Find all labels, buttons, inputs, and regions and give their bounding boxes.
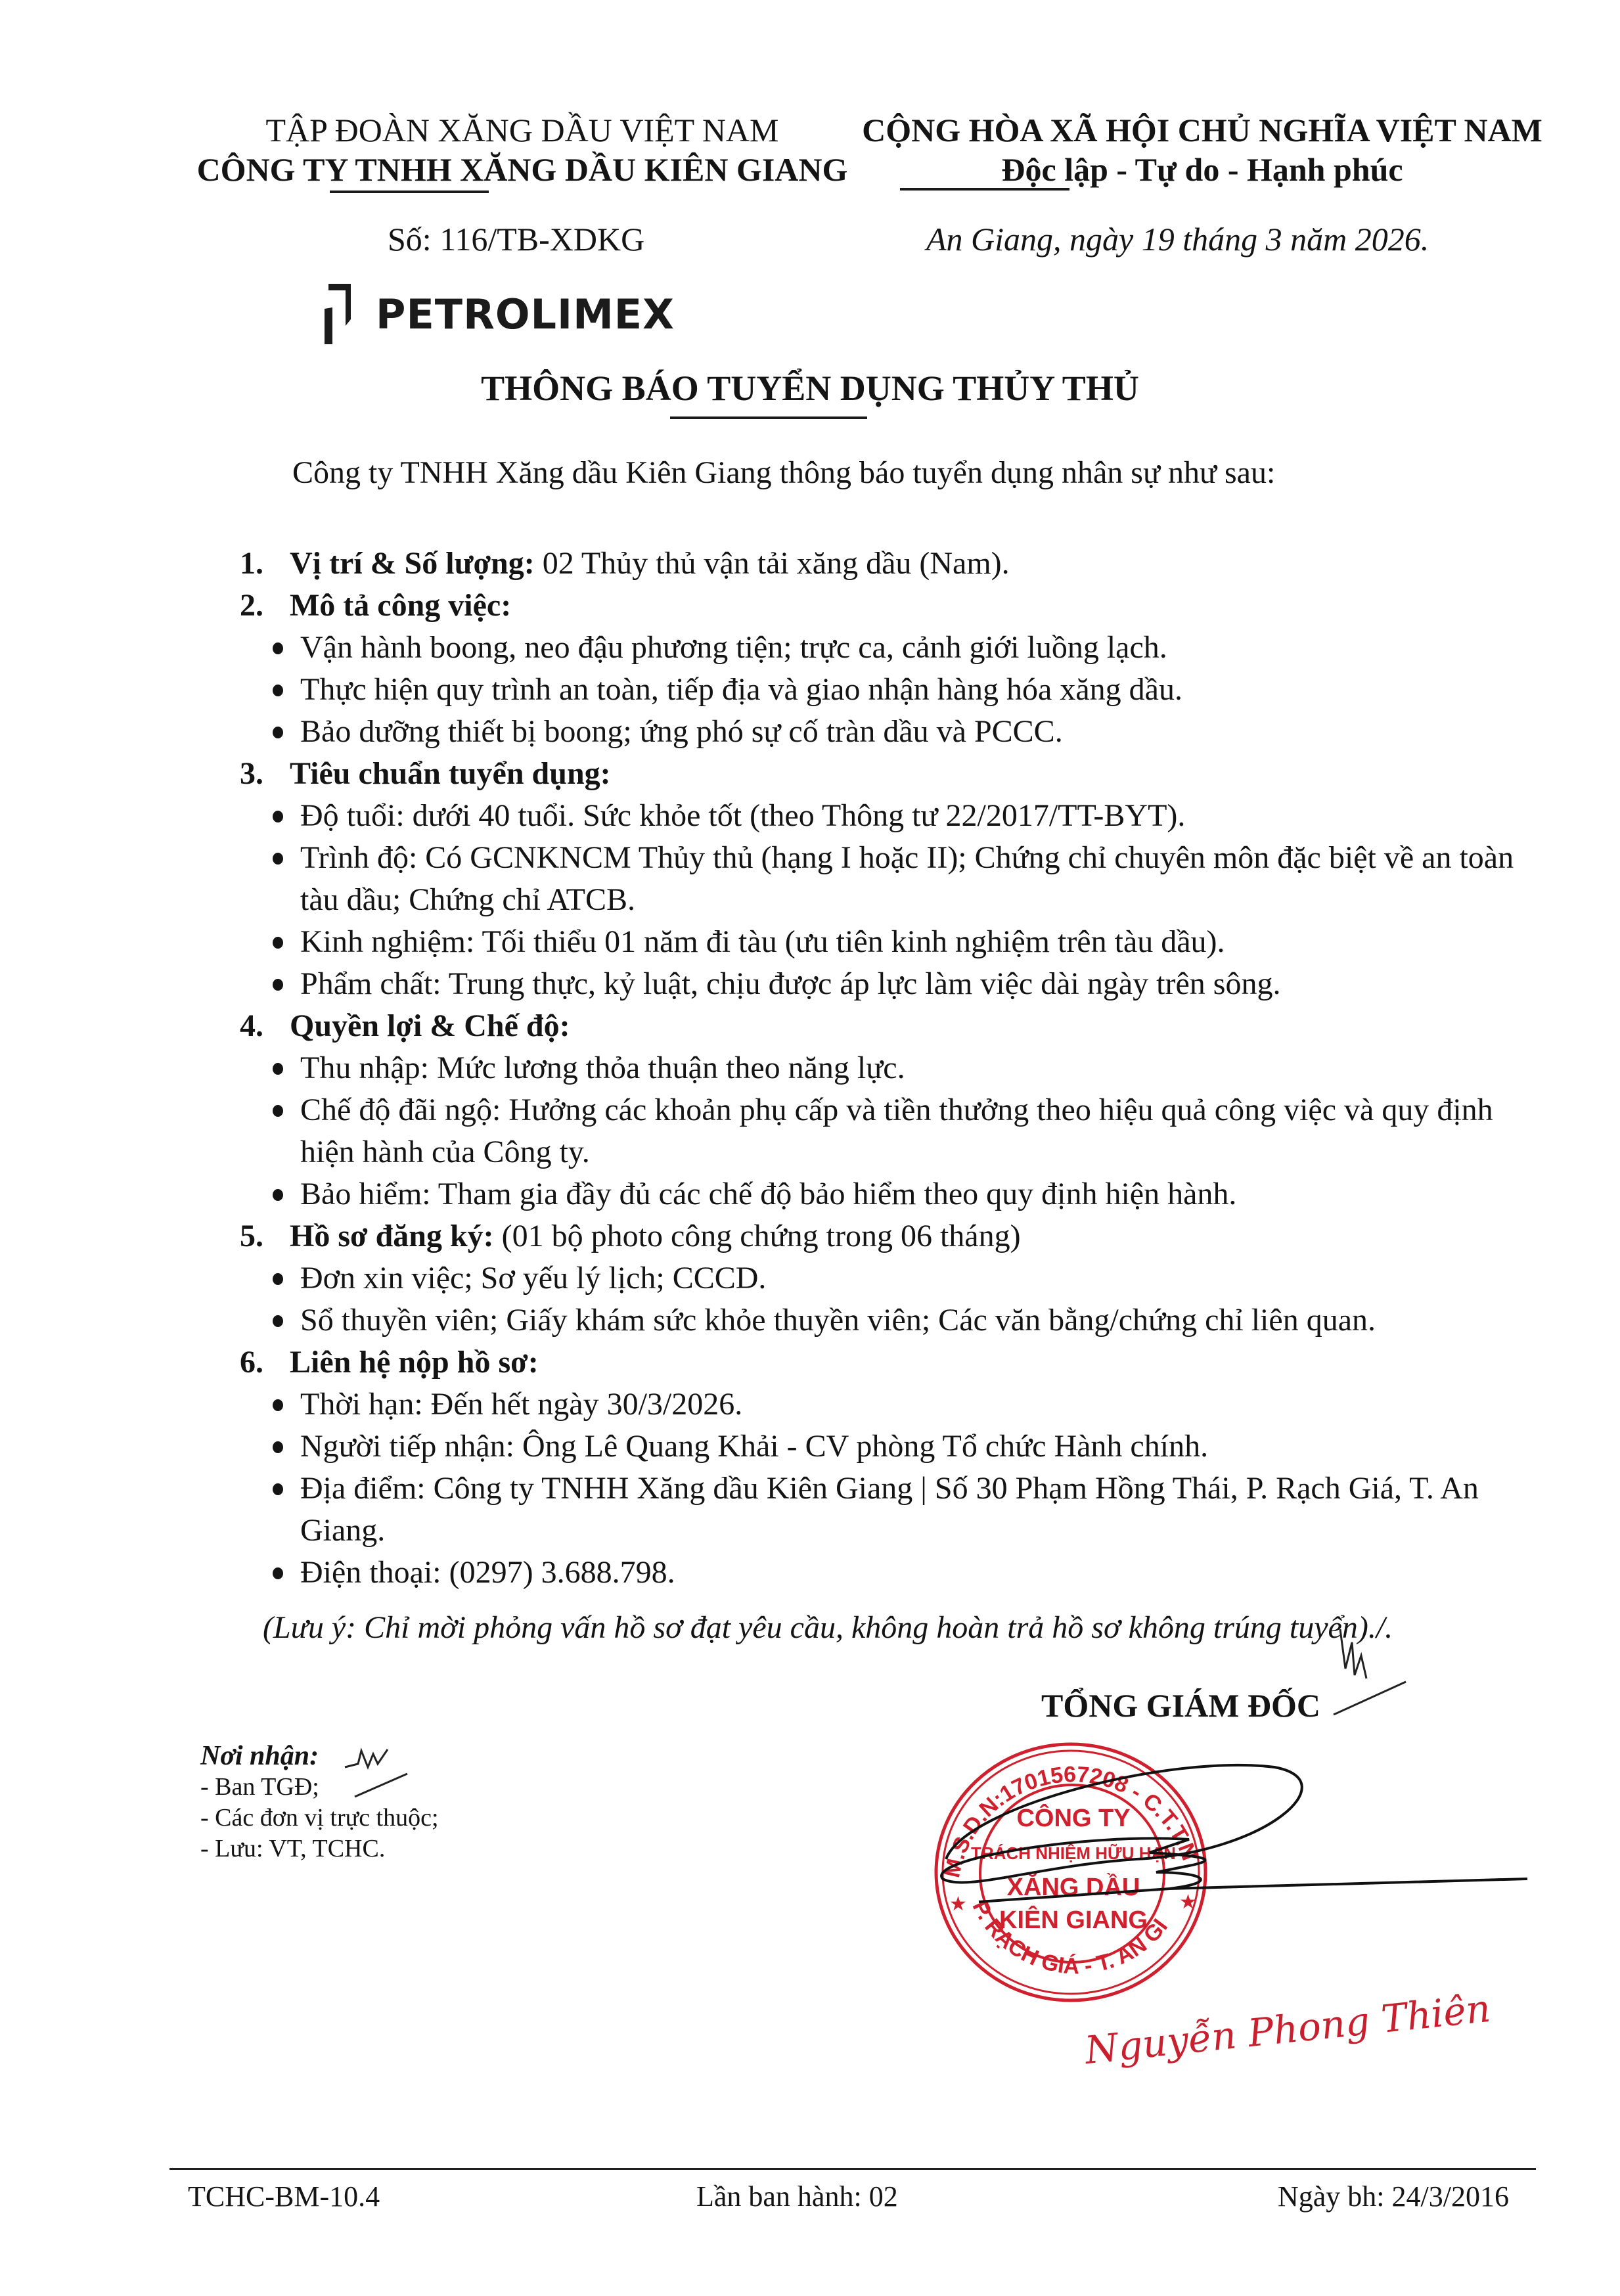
list-item: Điện thoại: (0297) 3.688.798.: [271, 1552, 1554, 1594]
recipient-item: - Các đơn vị trực thuộc;: [200, 1803, 439, 1834]
list-item: Thu nhập: Mức lương thỏa thuận theo năng…: [271, 1047, 1554, 1089]
bullet-list: Thời hạn: Đến hết ngày 30/3/2026.Người t…: [240, 1384, 1554, 1594]
bullet-text: Địa điểm: Công ty TNHH Xăng dầu Kiên Gia…: [300, 1471, 1479, 1548]
section-heading: Liên hệ nộp hồ sơ:: [290, 1345, 539, 1380]
list-item: Độ tuổi: dưới 40 tuổi. Sức khỏe tốt (the…: [271, 795, 1554, 837]
page-title: THÔNG BÁO TUYỂN DỤNG THỦY THỦ: [0, 368, 1620, 409]
bullet-icon: [273, 1483, 283, 1495]
list-item: Vận hành boong, neo đậu phương tiện; trự…: [271, 627, 1554, 669]
bullet-text: Chế độ đãi ngộ: Hưởng các khoản phụ cấp …: [300, 1092, 1493, 1169]
bullet-icon: [273, 811, 283, 822]
bullet-icon: [273, 1105, 283, 1117]
bullet-text: Sổ thuyền viên; Giấy khám sức khỏe thuyề…: [300, 1303, 1376, 1338]
bullet-text: Kinh nghiệm: Tối thiểu 01 năm đi tàu (ưu…: [300, 924, 1225, 959]
bullet-text: Điện thoại: (0297) 3.688.798.: [300, 1555, 675, 1590]
nation-name: CỘNG HÒA XÃ HỘI CHỦ NGHĨA VIỆT NAM: [847, 110, 1557, 150]
place-date: An Giang, ngày 19 tháng 3 năm 2026.: [926, 220, 1429, 258]
list-item: Chế độ đãi ngộ: Hưởng các khoản phụ cấp …: [271, 1089, 1554, 1173]
form-code: TCHC-BM-10.4: [188, 2180, 380, 2213]
list-item: Phẩm chất: Trung thực, kỷ luật, chịu đượ…: [271, 963, 1554, 1005]
section-number: 2.: [240, 585, 290, 627]
bullet-text: Thu nhập: Mức lương thỏa thuận theo năng…: [300, 1050, 905, 1085]
list-item: Đơn xin việc; Sơ yếu lý lịch; CCCD.: [271, 1257, 1554, 1299]
bullet-list: Đơn xin việc; Sơ yếu lý lịch; CCCD.Sổ th…: [240, 1257, 1554, 1341]
section-5: 5.Hồ sơ đăng ký: (01 bộ photo công chứng…: [240, 1215, 1554, 1257]
bullet-text: Bảo hiểm: Tham gia đầy đủ các chế độ bảo…: [300, 1177, 1236, 1211]
bullet-text: Vận hành boong, neo đậu phương tiện; trự…: [300, 630, 1167, 665]
section-text: (01 bộ photo công chứng trong 06 tháng): [494, 1219, 1021, 1253]
section-1: 1.Vị trí & Số lượng: 02 Thủy thủ vận tải…: [240, 543, 1554, 585]
issuer-underline: [330, 191, 489, 193]
bullet-icon: [273, 1063, 283, 1075]
section-4: 4.Quyền lợi & Chế độ:: [240, 1005, 1554, 1047]
bullet-text: Trình độ: Có GCNKNCM Thủy thủ (hạng I ho…: [300, 840, 1514, 917]
bullet-icon: [273, 1273, 283, 1285]
section-6: 6.Liên hệ nộp hồ sơ:: [240, 1341, 1554, 1384]
list-item: Thực hiện quy trình an toàn, tiếp địa và…: [271, 669, 1554, 711]
national-motto: Độc lập - Tự do - Hạnh phúc: [847, 150, 1557, 189]
bullet-text: Thời hạn: Đến hết ngày 30/3/2026.: [300, 1387, 742, 1422]
section-number: 5.: [240, 1215, 290, 1257]
petrolimex-logo: PETROLIMEX: [323, 281, 675, 347]
handwritten-signature-icon: [939, 1728, 1550, 1945]
nation-block: CỘNG HÒA XÃ HỘI CHỦ NGHĨA VIỆT NAM Độc l…: [847, 110, 1557, 189]
bullet-list: Thu nhập: Mức lương thỏa thuận theo năng…: [240, 1047, 1554, 1215]
recipient-initials-icon: [342, 1744, 414, 1803]
section-heading: Hồ sơ đăng ký:: [290, 1219, 494, 1253]
bullet-icon: [273, 1189, 283, 1201]
issuer-block: TẬP ĐOÀN XĂNG DẦU VIỆT NAM CÔNG TY TNHH …: [171, 110, 874, 189]
initials-mark-icon: [1314, 1629, 1419, 1728]
title-underline: [670, 416, 867, 419]
bullet-icon: [273, 727, 283, 738]
section-number: 6.: [240, 1341, 290, 1384]
section-heading: Mô tả công việc:: [290, 588, 511, 623]
bullet-list: Độ tuổi: dưới 40 tuổi. Sức khỏe tốt (the…: [240, 795, 1554, 1005]
bullet-icon: [273, 937, 283, 949]
list-item: Người tiếp nhận: Ông Lê Quang Khải - CV …: [271, 1426, 1554, 1468]
recipient-item: - Lưu: VT, TCHC.: [200, 1834, 439, 1864]
bullet-text: Bảo dưỡng thiết bị boong; ứng phó sự cố …: [300, 714, 1063, 749]
document-number: Số: 116/TB-XDKG: [388, 220, 644, 258]
bullet-text: Đơn xin việc; Sơ yếu lý lịch; CCCD.: [300, 1261, 766, 1295]
list-item: Kinh nghiệm: Tối thiểu 01 năm đi tàu (ưu…: [271, 921, 1554, 963]
list-item: Bảo hiểm: Tham gia đầy đủ các chế độ bảo…: [271, 1173, 1554, 1215]
section-number: 3.: [240, 753, 290, 795]
intro-text: Công ty TNHH Xăng dầu Kiên Giang thông b…: [292, 455, 1275, 491]
bullet-icon: [273, 1399, 283, 1411]
section-2: 2.Mô tả công việc:: [240, 585, 1554, 627]
petrolimex-mark-icon: [323, 284, 356, 344]
list-item: Trình độ: Có GCNKNCM Thủy thủ (hạng I ho…: [271, 837, 1554, 921]
section-heading: Quyền lợi & Chế độ:: [290, 1008, 570, 1043]
bullet-text: Người tiếp nhận: Ông Lê Quang Khải - CV …: [300, 1429, 1208, 1464]
parent-org: TẬP ĐOÀN XĂNG DẦU VIỆT NAM: [171, 110, 874, 150]
bullet-list: Vận hành boong, neo đậu phương tiện; trự…: [240, 627, 1554, 753]
bullet-icon: [273, 1315, 283, 1327]
bullet-text: Thực hiện quy trình an toàn, tiếp địa và…: [300, 672, 1182, 707]
bullet-icon: [273, 642, 283, 654]
bullet-icon: [273, 979, 283, 991]
section-number: 4.: [240, 1005, 290, 1047]
bullet-text: Phẩm chất: Trung thực, kỷ luật, chịu đượ…: [300, 966, 1280, 1001]
bullet-icon: [273, 685, 283, 696]
list-item: Thời hạn: Đến hết ngày 30/3/2026.: [271, 1384, 1554, 1426]
section-3: 3.Tiêu chuẩn tuyển dụng:: [240, 753, 1554, 795]
footer-divider: [169, 2168, 1536, 2170]
bullet-icon: [273, 853, 283, 865]
list-item: Sổ thuyền viên; Giấy khám sức khỏe thuyề…: [271, 1299, 1554, 1341]
company-name: CÔNG TY TNHH XĂNG DẦU KIÊN GIANG: [171, 150, 874, 189]
recruitment-content: 1.Vị trí & Số lượng: 02 Thủy thủ vận tải…: [240, 543, 1554, 1594]
bullet-icon: [273, 1567, 283, 1579]
section-number: 1.: [240, 543, 290, 585]
section-text: 02 Thủy thủ vận tải xăng dầu (Nam).: [535, 546, 1010, 581]
issue-date: Ngày bh: 24/3/2016: [1278, 2180, 1509, 2213]
list-item: Địa điểm: Công ty TNHH Xăng dầu Kiên Gia…: [271, 1468, 1554, 1552]
issue-number: Lần ban hành: 02: [696, 2180, 898, 2213]
list-item: Bảo dưỡng thiết bị boong; ứng phó sự cố …: [271, 711, 1554, 753]
section-heading: Tiêu chuẩn tuyển dụng:: [290, 756, 611, 791]
bullet-icon: [273, 1441, 283, 1453]
section-heading: Vị trí & Số lượng:: [290, 546, 535, 581]
motto-underline: [900, 188, 1069, 191]
bullet-text: Độ tuổi: dưới 40 tuổi. Sức khỏe tốt (the…: [300, 798, 1185, 833]
logo-wordmark: PETROLIMEX: [376, 290, 675, 338]
signer-title: TỔNG GIÁM ĐỐC: [1041, 1686, 1320, 1724]
